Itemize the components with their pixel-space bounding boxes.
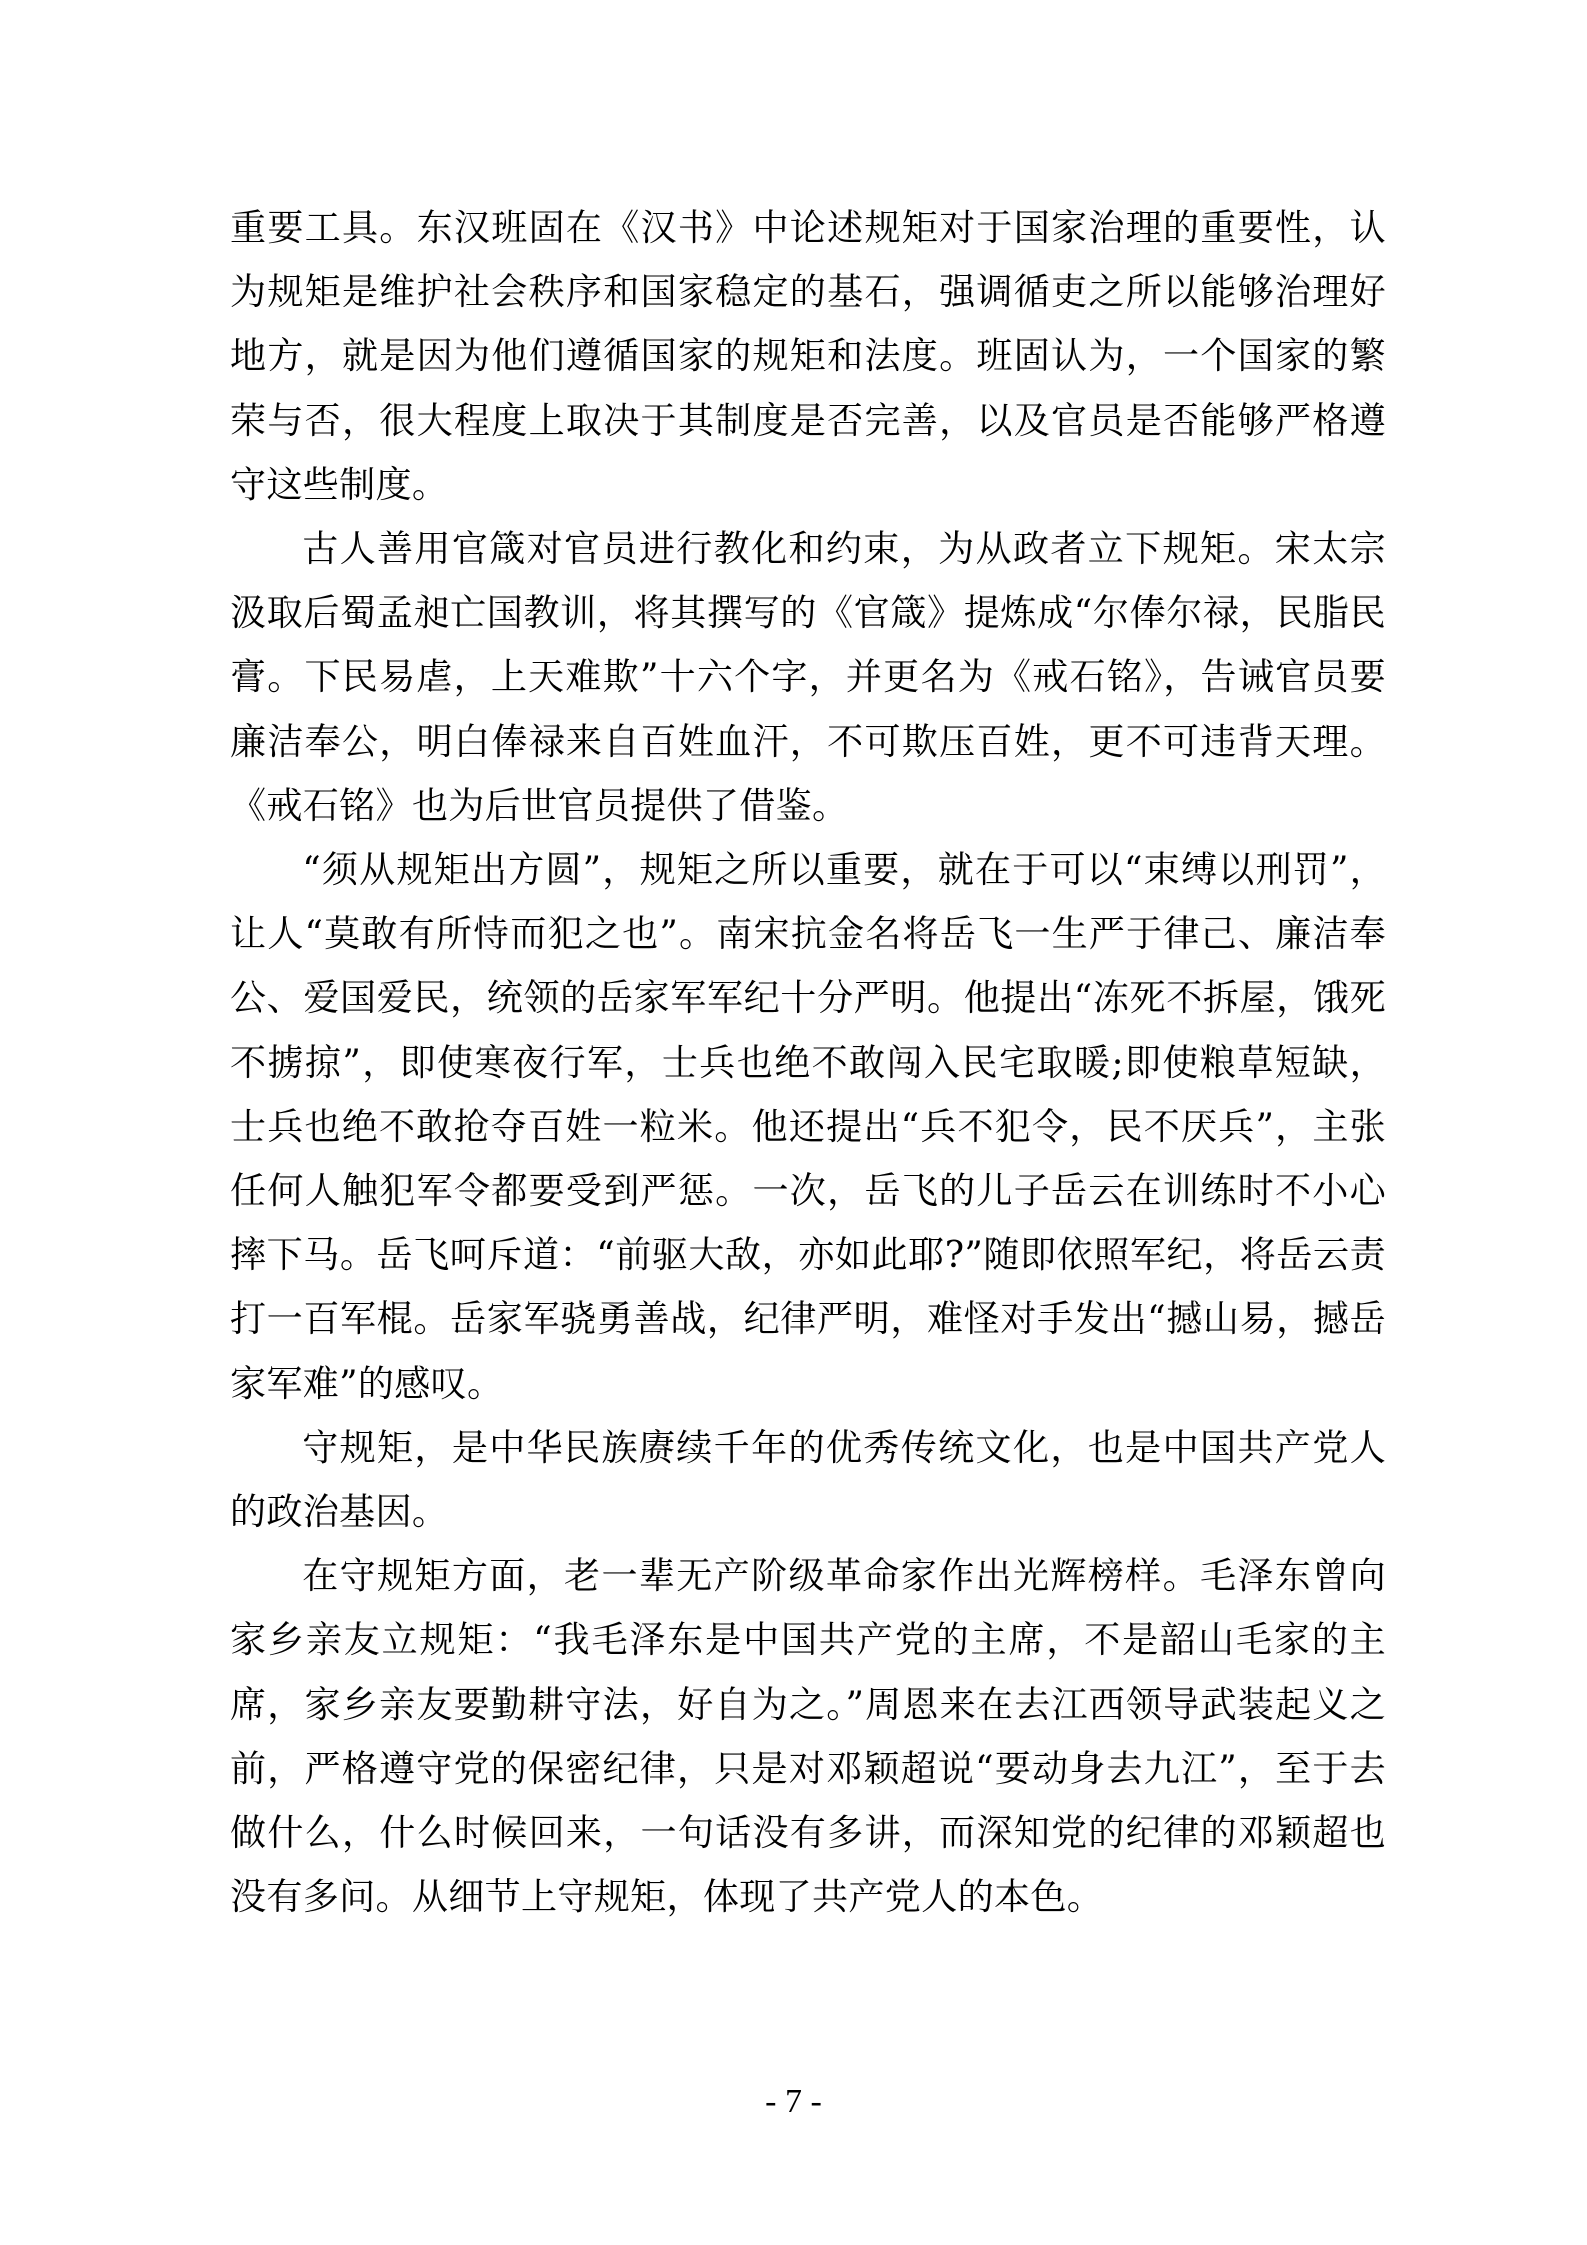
- paragraph-3: “须从规矩出方圆”，规矩之所以重要，就在于可以“束缚以刑罚”，让人“莫敢有所恃而…: [230, 838, 1386, 1416]
- paragraph-5: 在守规矩方面，老一辈无产阶级革命家作出光辉榜样。毛泽东曾向家乡亲友立规矩：“我毛…: [230, 1544, 1386, 1929]
- paragraph-1: 重要工具。东汉班固在《汉书》中论述规矩对于国家治理的重要性，认为规矩是维护社会秩…: [230, 196, 1386, 517]
- document-page: 重要工具。东汉班固在《汉书》中论述规矩对于国家治理的重要性，认为规矩是维护社会秩…: [0, 0, 1587, 2245]
- page-number: - 7 -: [0, 2083, 1587, 2121]
- document-body: 重要工具。东汉班固在《汉书》中论述规矩对于国家治理的重要性，认为规矩是维护社会秩…: [230, 196, 1386, 1929]
- paragraph-4: 守规矩，是中华民族赓续千年的优秀传统文化，也是中国共产党人的政治基因。: [230, 1416, 1386, 1544]
- paragraph-2: 古人善用官箴对官员进行教化和约束，为从政者立下规矩。宋太宗汲取后蜀孟昶亡国教训，…: [230, 517, 1386, 838]
